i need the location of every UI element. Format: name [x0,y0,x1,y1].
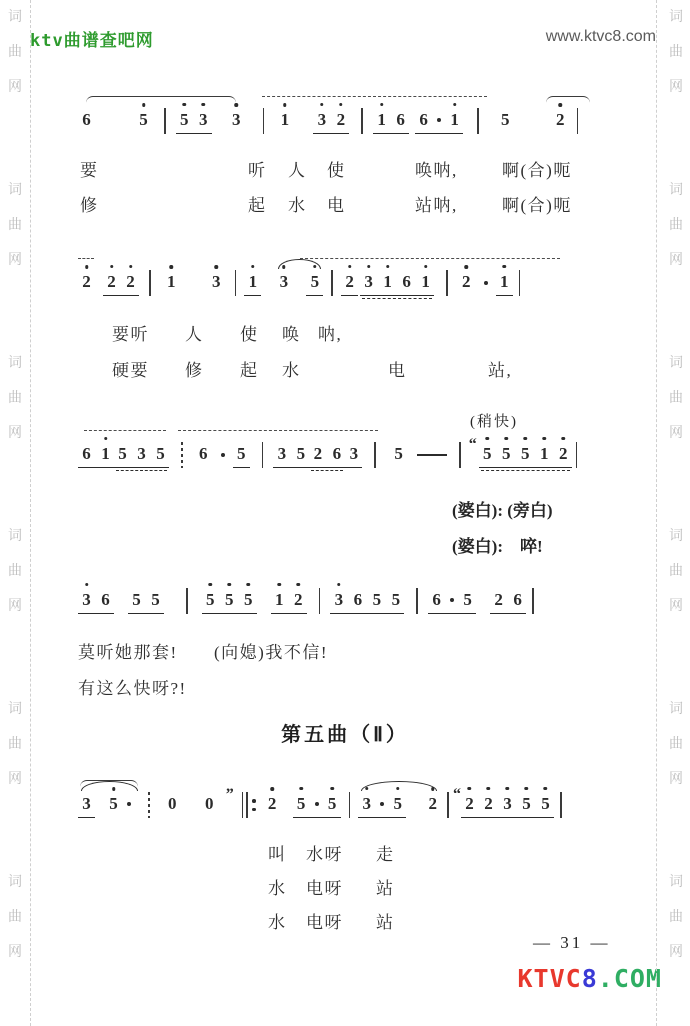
note-group: 22355 [461,793,554,818]
note-group: 2 [264,793,281,817]
lyric-syllable: 站呐, [415,191,458,216]
lyric-syllable: 水 [282,356,301,381]
note: 1 [448,109,461,131]
note: 2 [80,271,93,293]
note: 3 [80,589,93,611]
note: 3 [501,793,514,815]
note: 6 [417,109,430,131]
barline [263,108,265,134]
tie-arc [80,780,138,787]
lyric-syllable: 水呀 [306,840,343,865]
note: 5 [326,793,339,815]
note: 2 [343,271,356,293]
note: 2 [492,589,505,611]
note: 3 [275,443,288,465]
barline [459,442,461,468]
note: 5 [539,793,552,815]
augmentation-dot [380,802,384,806]
note-group: 61 [415,109,463,134]
barline [235,270,237,296]
repeat-dots [252,799,256,811]
music-system: 36555551236556526莫听她那套!(向媳)我不信!有这么快呀?! [78,586,690,616]
watermark-char: 曲 [6,906,24,926]
slur-group: 352 [358,793,447,818]
note-group: 55512 [479,443,572,468]
site-name-link[interactable]: ktv曲谱查吧网 [30,26,154,51]
note: 5 [242,589,255,611]
barline [331,270,333,296]
watermark-char: 曲 [667,733,685,753]
note: 6 [330,443,343,465]
note: 3 [230,109,243,131]
lyric-syllable: 呐, [318,320,342,345]
note: 5 [389,589,402,611]
watermark-char: 网 [6,768,24,788]
page-number: — 31 — [533,933,611,953]
lyric-syllable: 叫 [268,840,287,865]
note: 5 [223,589,236,611]
watermark-char: 网 [667,422,685,442]
lyric-syllable: (向媳)我不信! [214,638,328,663]
barline [164,108,166,134]
watermark-char: 词 [6,525,24,545]
note: 3 [277,271,290,293]
watermark-char: 网 [667,76,685,96]
note: 2 [292,589,305,611]
note: 1 [419,271,432,293]
duration-dash [417,454,447,456]
note-group: 2 [552,109,569,133]
stage-direction: (婆白): 啐! [452,532,543,557]
note-group: 6 [195,443,212,467]
lyric-syllable: 莫听她那套! [78,638,178,663]
lyric-syllable: 站 [376,908,395,933]
watermark-char: 曲 [667,387,685,407]
note-group: 5 [233,443,250,468]
stage-direction: (婆白): (旁白) [452,496,553,521]
note: 1 [246,271,259,293]
note: 1 [538,443,551,465]
lyric-syllable: 使 [327,156,346,181]
lyric-syllable: 人 [185,320,204,345]
note-group: 61 [78,443,114,468]
tie-dashed-line [178,430,378,437]
note: 5 [499,109,512,131]
lyric-syllable: 要 [80,156,99,181]
note: 6 [99,589,112,611]
note-group: 5 [390,443,407,467]
note-group: 3 [345,443,362,468]
note: 5 [116,443,129,465]
note-group: 1 [163,271,180,295]
lyric-syllable: 水 [268,908,287,933]
lyric-syllable: 唤呐, [415,156,458,181]
lyric-syllable: 听 [248,156,267,181]
watermark-divider-left [30,0,31,1026]
lyric-syllable: 水 [268,874,287,899]
note: 2 [557,443,570,465]
note-group: 5 [306,271,323,296]
note-group: 6 [78,109,95,133]
note: 5 [308,271,321,293]
watermark-char: 曲 [6,387,24,407]
note-group: 1 [276,109,293,133]
lyric-syllable: 使 [240,320,259,345]
note: 3 [135,443,148,465]
lyric-syllable: 站, [488,356,512,381]
repeat-dot [252,799,256,803]
barline [181,442,183,468]
note: 1 [165,271,178,293]
note-group: 3 [78,793,95,818]
note: 5 [204,589,217,611]
augmentation-dot [221,453,225,457]
lyric-syllable: 唤 [282,320,301,345]
logo-part: KTVC [518,964,582,993]
note: 5 [130,589,143,611]
note: 5 [519,443,532,465]
watermark-divider-right [656,0,657,1026]
watermark-char: 曲 [6,41,24,61]
note-group: 3 [275,271,292,295]
barline [349,792,351,818]
note: 3 [197,109,210,131]
note: 6 [430,589,443,611]
note: 5 [370,589,383,611]
barline [560,792,562,818]
note-group: 36 [78,589,114,614]
lyric-syllable: 硬要 [112,356,149,381]
quote-mark: “ [453,786,461,804]
quote-mark: ” [226,786,234,804]
note: 6 [351,589,364,611]
note-group: 3161 [360,271,434,296]
tie-dashed-line [84,430,166,437]
note: 2 [334,109,347,131]
barline [148,792,150,818]
note: 1 [278,109,291,131]
note-group: 0 [201,793,218,817]
watermark-char: 曲 [667,41,685,61]
lyric-syllable: 有这么快呀?! [78,674,187,699]
tie-dashed-line [78,258,94,265]
barline [477,108,479,134]
note: 2 [463,793,476,815]
watermark-char: 网 [667,768,685,788]
note: 5 [137,109,150,131]
note: 3 [347,443,360,465]
watermark-char: 词 [6,179,24,199]
logo-part: .COM [598,964,662,993]
watermark-char: 曲 [6,733,24,753]
barline [519,270,521,296]
note-group: 22 [103,271,139,296]
barline [446,270,448,296]
note: 6 [80,443,93,465]
repeat-barline [246,792,248,818]
watermark-char: 词 [667,698,685,718]
watermark-char: 词 [667,179,685,199]
note: 6 [400,271,413,293]
site-logo[interactable]: KTVC8.COM [518,964,663,993]
watermark-char: 网 [667,249,685,269]
note-group: 555 [202,589,257,614]
note-group: 53 [176,109,212,134]
music-system: 222131352316121要听人使唤呐,硬要修起水电站, [78,268,690,298]
note: 1 [381,271,394,293]
watermark-char: 网 [6,941,24,961]
lyric-syllable: 电 [327,191,346,216]
music-system: 65533132166152要听人使唤呐,啊(合)呃修起水电站呐,啊(合)呃 [78,106,690,136]
slur-group: 35 [78,793,148,818]
music-system: 3500”255352“22355叫水呀走水电呀站水电呀站 [78,790,690,820]
note-group: 0 [164,793,181,817]
note: 5 [235,443,248,465]
note: 3 [210,271,223,293]
note-group: 2 [341,271,358,296]
lyric-syllable: 水 [288,191,307,216]
barline [149,270,151,296]
barline [576,442,578,468]
notation-row: 65533132166152 [78,106,690,136]
repeat-dot [252,808,256,812]
note-group: 3 [228,109,245,133]
note-group: 3655 [330,589,404,614]
note: 2 [311,443,324,465]
note-group: 26 [490,589,526,614]
note-group: 5 [105,793,134,817]
note-group: 1 [496,271,513,296]
site-url-link[interactable]: www.ktvc8.com [546,28,656,46]
note: 1 [99,443,112,465]
note-group: 3 [208,271,225,295]
lyric-syllable: 啊(合)呃 [502,156,572,181]
note: 2 [426,793,439,815]
lyric-syllable: 修 [185,356,204,381]
note: 6 [80,109,93,131]
note: 1 [273,589,286,611]
barline [532,588,534,614]
barline [577,108,579,134]
lyric-syllable: 要听 [112,320,149,345]
barline [361,108,363,134]
note-group: 2 [458,271,475,295]
watermark-char: 词 [667,352,685,372]
watermark-char: 词 [6,698,24,718]
note: 1 [498,271,511,293]
augmentation-dot [484,281,488,285]
note-group: 55 [293,793,341,818]
note-group: 55 [128,589,164,614]
lyric-syllable: 啊(合)呃 [502,191,572,216]
lyric-syllable: 人 [288,156,307,181]
note-group: 65 [428,589,476,614]
note: 0 [203,793,216,815]
repeat-sign [242,792,256,818]
watermark-char: 曲 [667,560,685,580]
note: 5 [295,793,308,815]
watermark-char: 词 [667,6,685,26]
notation-row: 3500”255352“22355 [78,790,690,820]
note: 2 [554,109,567,131]
note: 5 [461,589,474,611]
watermark-char: 曲 [667,214,685,234]
augmentation-dot [437,118,441,122]
barline [186,588,188,614]
tie-dashed-line [300,258,560,265]
tie-arc [86,96,236,103]
watermark-char: 曲 [6,560,24,580]
note-group: 12 [271,589,307,614]
repeat-barline [242,792,244,818]
note: 5 [481,443,494,465]
note: 3 [332,589,345,611]
note: 5 [154,443,167,465]
note-group: 1 [244,271,261,296]
notation-row: 222131352316121 [78,268,690,298]
note: 5 [149,589,162,611]
note: 5 [107,793,120,815]
quote-mark: “ [469,436,477,454]
note-group: 35 [273,443,309,468]
barline [262,442,264,468]
tempo-marking: (稍快) [470,410,518,431]
note-group: 35 [358,793,406,818]
lyric-syllable: 站 [376,874,395,899]
watermark-char: 词 [6,6,24,26]
note-group: 16 [373,109,409,134]
note: 5 [178,109,191,131]
note: 6 [394,109,407,131]
note: 2 [482,793,495,815]
watermark-char: 网 [6,76,24,96]
note: 2 [105,271,118,293]
watermark-char: 词 [6,871,24,891]
tie-dashed-line [262,96,487,103]
watermark-char: 网 [6,422,24,442]
watermark-char: 词 [667,871,685,891]
watermark-char: 曲 [667,906,685,926]
note: 0 [166,793,179,815]
note-group: 5 [135,109,152,133]
lyric-syllable: 起 [248,191,267,216]
note: 5 [294,443,307,465]
note: 2 [266,793,279,815]
barline [374,442,376,468]
note: 2 [124,271,137,293]
slur-group: 35 [275,271,331,296]
lyric-syllable: 修 [80,191,99,216]
note-group: 5 [497,109,514,133]
note: 3 [360,793,373,815]
note-group: 2 [78,271,95,295]
note-group: 26 [309,443,345,468]
tie-arc [546,96,590,103]
lyric-syllable: 起 [240,356,259,381]
note: 6 [197,443,210,465]
note: 5 [500,443,513,465]
lyric-syllable: 电呀 [306,874,343,899]
notation-row: 36555551236556526 [78,586,690,616]
barline [416,588,418,614]
logo-part: 8 [582,964,598,993]
score-title: 第五曲（Ⅱ） [0,718,690,747]
note: 1 [375,109,388,131]
note: 3 [315,109,328,131]
barline [319,588,321,614]
note: 5 [391,793,404,815]
barline [447,792,449,818]
note: 3 [80,793,93,815]
watermark-char: 词 [6,352,24,372]
lyric-syllable: 走 [376,840,395,865]
note: 3 [362,271,375,293]
augmentation-dot [450,598,454,602]
watermark-char: 曲 [6,214,24,234]
watermark-char: 网 [6,595,24,615]
note: 5 [392,443,405,465]
note-group: 2 [424,793,441,817]
notation-row: 6153565352635“55512 [78,440,690,470]
note-group: 535 [114,443,169,468]
augmentation-dot [127,802,131,806]
note: 2 [460,271,473,293]
note-group: 32 [313,109,349,134]
note: 5 [520,793,533,815]
lyric-syllable: 电 [388,356,407,381]
sheet-page: ktv曲谱查吧网 www.ktvc8.com 第五曲（Ⅱ） — 31 — KTV… [0,0,690,1026]
watermark-char: 词 [667,525,685,545]
note: 6 [511,589,524,611]
augmentation-dot [315,802,319,806]
watermark-char: 网 [6,249,24,269]
music-system: 6153565352635“55512(稍快)(婆白): (旁白)(婆白): 啐… [78,440,690,470]
lyric-syllable: 电呀 [306,908,343,933]
watermark-char: 网 [667,941,685,961]
